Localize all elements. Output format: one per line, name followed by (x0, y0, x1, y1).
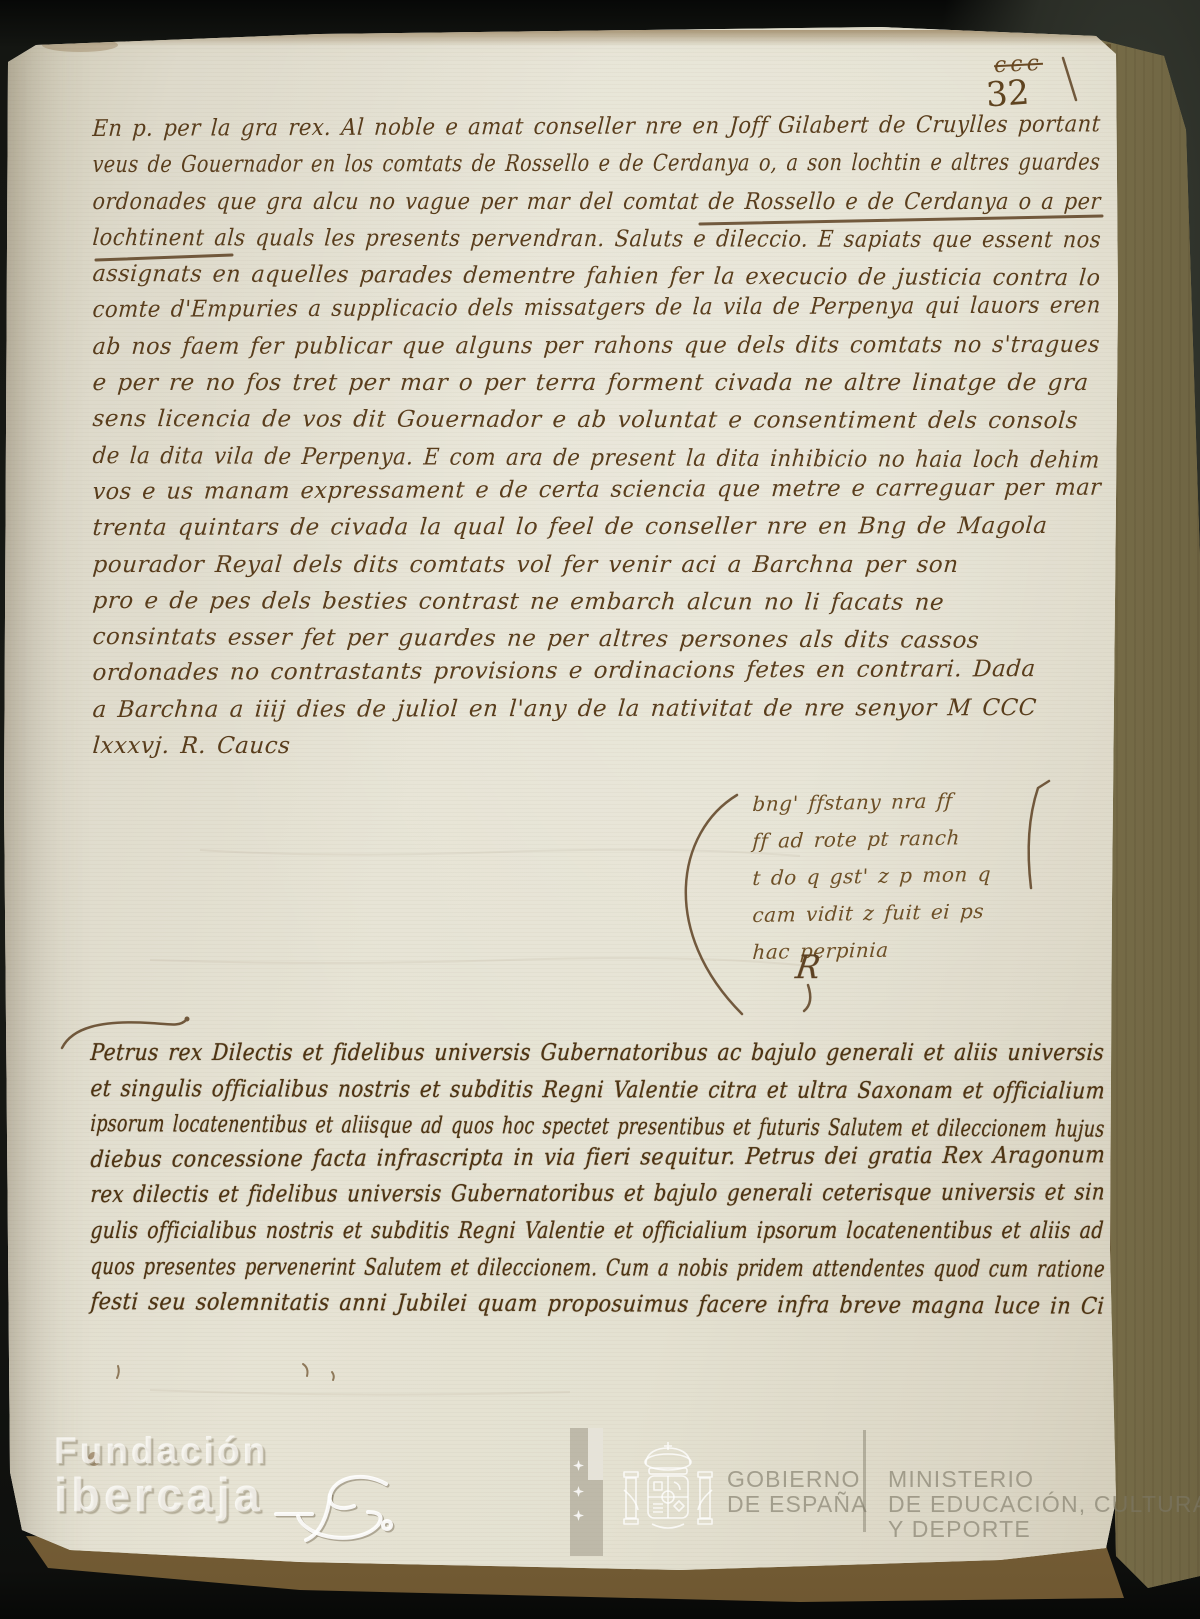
watermark-gobierno: GOBIERNO DE ESPAÑA (727, 1467, 868, 1517)
gobierno-line1: GOBIERNO (727, 1467, 868, 1492)
manuscript-line: vos e us manam expressament e de certa s… (91, 475, 1075, 516)
ibercaja-swirl-logo-icon (268, 1468, 418, 1558)
manuscript-line: Petrus rex Dilectis et fidelibus univers… (89, 1040, 981, 1076)
manuscript-line: veus de Gouernador en los comtats de Ros… (91, 150, 935, 188)
ink-speck (303, 1364, 308, 1376)
star-icon (573, 1486, 584, 1497)
manuscript-line: ordonades no contrastants provisions e o… (91, 656, 1102, 697)
manuscript-line: festi seu solemnitatis anni Jubilei quam… (89, 1289, 1009, 1329)
manuscript-line: et singulis officialibus nostris et subd… (89, 1076, 973, 1114)
manuscript-line: trenta quintars de civada la qual lo fee… (91, 513, 1102, 551)
marginal-line: bng' ffstany nra ff (751, 787, 1053, 829)
notary-sign: R (793, 948, 823, 986)
manuscript-line: pourador Reyal dels dits comtats vol fer… (91, 552, 1102, 588)
manuscript-line: diebus concessione facta infrascripta in… (89, 1143, 999, 1183)
manuscript-line: ordonades que gra alcu no vague per mar … (91, 189, 1003, 225)
manuscript-line: e per re no fos tret per mar o per terra… (91, 370, 1102, 406)
manuscript-line: rex dilectis et fidelibus universis Gube… (89, 1180, 961, 1218)
manuscript-line: quos presentes pervenerint Salutem et di… (89, 1254, 883, 1292)
manuscript-line: ab nos faem fer publicar que alguns per … (91, 332, 1067, 370)
spain-flag-bar-icon (570, 1428, 603, 1556)
sign-tail-icon (804, 985, 810, 1011)
marginal-line: cam vidit z fuit ei ps (751, 898, 1053, 940)
page-number: 32 (985, 73, 1031, 116)
manuscript-line: sens licencia de vos dit Gouernador e ab… (91, 406, 1101, 444)
star-icon (573, 1510, 584, 1521)
ibercaja-wordmark-line1: Fundación (55, 1432, 269, 1471)
marginal-note: bng' ffstany nra ff ff ad rote pt ranch … (752, 792, 1052, 977)
marginal-line: t do q gst' z p mon q (751, 861, 1053, 903)
manuscript-line: comte d'Empuries a supplicacio dels miss… (91, 293, 1025, 334)
spain-coat-of-arms-icon (616, 1438, 720, 1546)
manuscript-photo: ccc 32 En p. per la gra rex. Al noble e … (0, 0, 1200, 1619)
folio-slash-icon (1063, 58, 1076, 100)
manuscript-line: a Barchna a iiij dies de juliol en l'any… (91, 695, 1102, 733)
manuscript-line: gulis officialibus nostris et subditis R… (89, 1218, 920, 1254)
star-icon (573, 1460, 584, 1471)
text-block-secondary: Petrus rex Dilectis et fidelibus univers… (90, 1040, 1104, 1325)
ink-speck (332, 1372, 334, 1380)
ministerio-line1: MINISTERIO (888, 1467, 1200, 1492)
manuscript-line: pro e de pes dels besties contrast ne em… (91, 588, 1101, 626)
gobierno-line2: DE ESPAÑA (727, 1492, 868, 1517)
marginal-line: ff ad rote pt ranch (751, 824, 1053, 866)
watermark-ibercaja: Fundación ibercaja (55, 1432, 269, 1521)
flag-notch (588, 1428, 603, 1480)
manuscript-line: En p. per la gra rex. Al noble e amat co… (91, 112, 1018, 153)
ministerio-line3: Y DEPORTE (888, 1517, 1200, 1542)
manuscript-dateline: lxxxvj. R. Caucs (91, 733, 1102, 769)
ibercaja-wordmark-line2: ibercaja (55, 1471, 269, 1521)
ink-speck (117, 1366, 119, 1378)
text-block-primary: En p. per la gra rex. Al noble e amat co… (92, 116, 1100, 769)
watermark-ministerio: MINISTERIO DE EDUCACIÓN, CULTURA Y DEPOR… (888, 1467, 1200, 1542)
manuscript-line: lochtinent als quals les presents perven… (91, 225, 1011, 263)
stain (42, 38, 118, 52)
ministerio-line2: DE EDUCACIÓN, CULTURA (888, 1492, 1200, 1517)
book-page: ccc 32 En p. per la gra rex. Al noble e … (0, 0, 1200, 1619)
watermark-divider (863, 1430, 866, 1532)
bracket-flourish-icon (686, 795, 742, 1014)
